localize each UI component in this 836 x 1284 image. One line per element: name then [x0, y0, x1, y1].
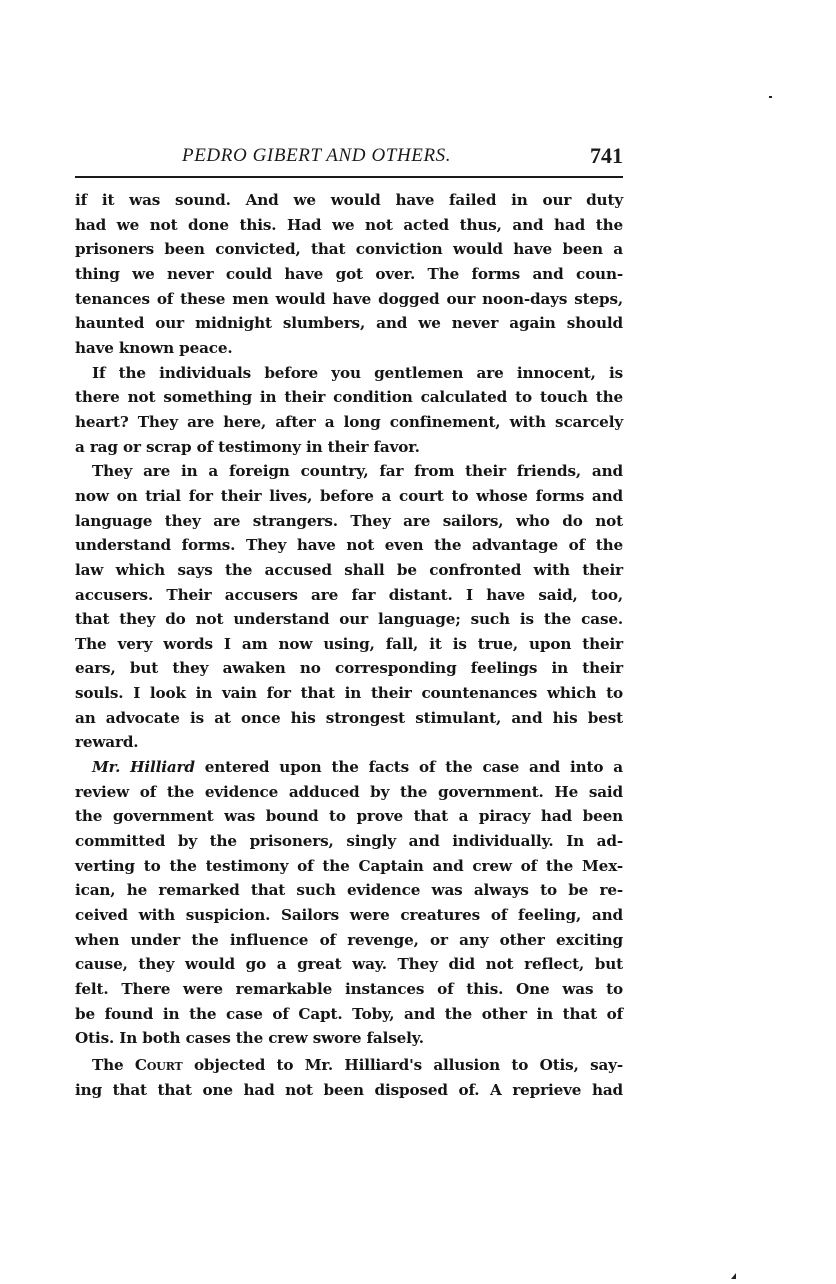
paragraph: They are in a foreign country, far from … — [75, 459, 623, 755]
running-title: PEDRO GIBERT AND OTHERS. — [182, 145, 451, 167]
text-fragment: objected to Mr. Hilliard's allusion to O… — [183, 1056, 623, 1074]
text-line: If the individuals before you gentlemen … — [75, 361, 623, 386]
text-line: when under the influence of revenge, or … — [75, 928, 623, 953]
text-line: a rag or scrap of testimony in their fav… — [75, 435, 623, 460]
court-smallcaps: Court — [135, 1056, 183, 1074]
paragraph: The Court objected to Mr. Hilliard's all… — [75, 1053, 623, 1102]
text-line: be found in the case of Capt. Toby, and … — [75, 1002, 623, 1027]
text-line: law which says the accused shall be conf… — [75, 558, 623, 583]
body-text: if it was sound. And we would have faile… — [75, 188, 623, 1102]
text-line: haunted our midnight slumbers, and we ne… — [75, 311, 623, 336]
text-line: souls. I look in vain for that in their … — [75, 681, 623, 706]
text-line: The Court objected to Mr. Hilliard's all… — [75, 1053, 623, 1078]
scan-speck — [769, 96, 772, 98]
text-line: They are in a foreign country, far from … — [75, 459, 623, 484]
text-line: ceived with suspicion. Sailors were crea… — [75, 903, 623, 928]
text-line: language they are strangers. They are sa… — [75, 509, 623, 534]
text-line: prisoners been convicted, that convictio… — [75, 237, 623, 262]
paragraph: if it was sound. And we would have faile… — [75, 188, 623, 361]
text-line: now on trial for their lives, before a c… — [75, 484, 623, 509]
text-line: cause, they would go a great way. They d… — [75, 952, 623, 977]
text-line: tenances of these men would have dogged … — [75, 287, 623, 312]
text-line: Mr. Hilliard entered upon the facts of t… — [75, 755, 623, 780]
text-line: heart? They are here, after a long confi… — [75, 410, 623, 435]
header-rule — [75, 176, 623, 178]
book-page: PEDRO GIBERT AND OTHERS. 741 if it was s… — [0, 0, 836, 1284]
text-line: the government was bound to prove that a… — [75, 804, 623, 829]
text-line: understand forms. They have not even the… — [75, 533, 623, 558]
text-line: Otis. In both cases the crew swore false… — [75, 1026, 623, 1051]
text-line: committed by the prisoners, singly and i… — [75, 829, 623, 854]
text-line: ing that that one had not been disposed … — [75, 1078, 623, 1103]
text-line: if it was sound. And we would have faile… — [75, 188, 623, 213]
text-fragment: entered upon the facts of the case and i… — [195, 758, 623, 776]
text-line: verting to the testimony of the Captain … — [75, 854, 623, 879]
text-line: an advocate is at once his strongest sti… — [75, 706, 623, 731]
text-line: ican, he remarked that such evidence was… — [75, 878, 623, 903]
running-header: PEDRO GIBERT AND OTHERS. 741 — [75, 143, 623, 173]
text-line: review of the evidence adduced by the go… — [75, 780, 623, 805]
text-line: reward. — [75, 730, 623, 755]
text-line: The very words I am now using, fall, it … — [75, 632, 623, 657]
page-number: 741 — [590, 143, 623, 169]
scan-speck — [731, 1273, 736, 1279]
text-line: ears, but they awaken no corresponding f… — [75, 656, 623, 681]
text-line: have known peace. — [75, 336, 623, 361]
text-line: that they do not understand our language… — [75, 607, 623, 632]
speaker-name: Mr. Hilliard — [92, 758, 195, 776]
text-line: thing we never could have got over. The … — [75, 262, 623, 287]
text-fragment: The — [92, 1056, 135, 1074]
text-line: felt. There were remarkable instances of… — [75, 977, 623, 1002]
text-line: accusers. Their accusers are far distant… — [75, 583, 623, 608]
paragraph: If the individuals before you gentlemen … — [75, 361, 623, 460]
text-line: had we not done this. Had we not acted t… — [75, 213, 623, 238]
text-line: there not something in their condition c… — [75, 385, 623, 410]
paragraph: Mr. Hilliard entered upon the facts of t… — [75, 755, 623, 1051]
